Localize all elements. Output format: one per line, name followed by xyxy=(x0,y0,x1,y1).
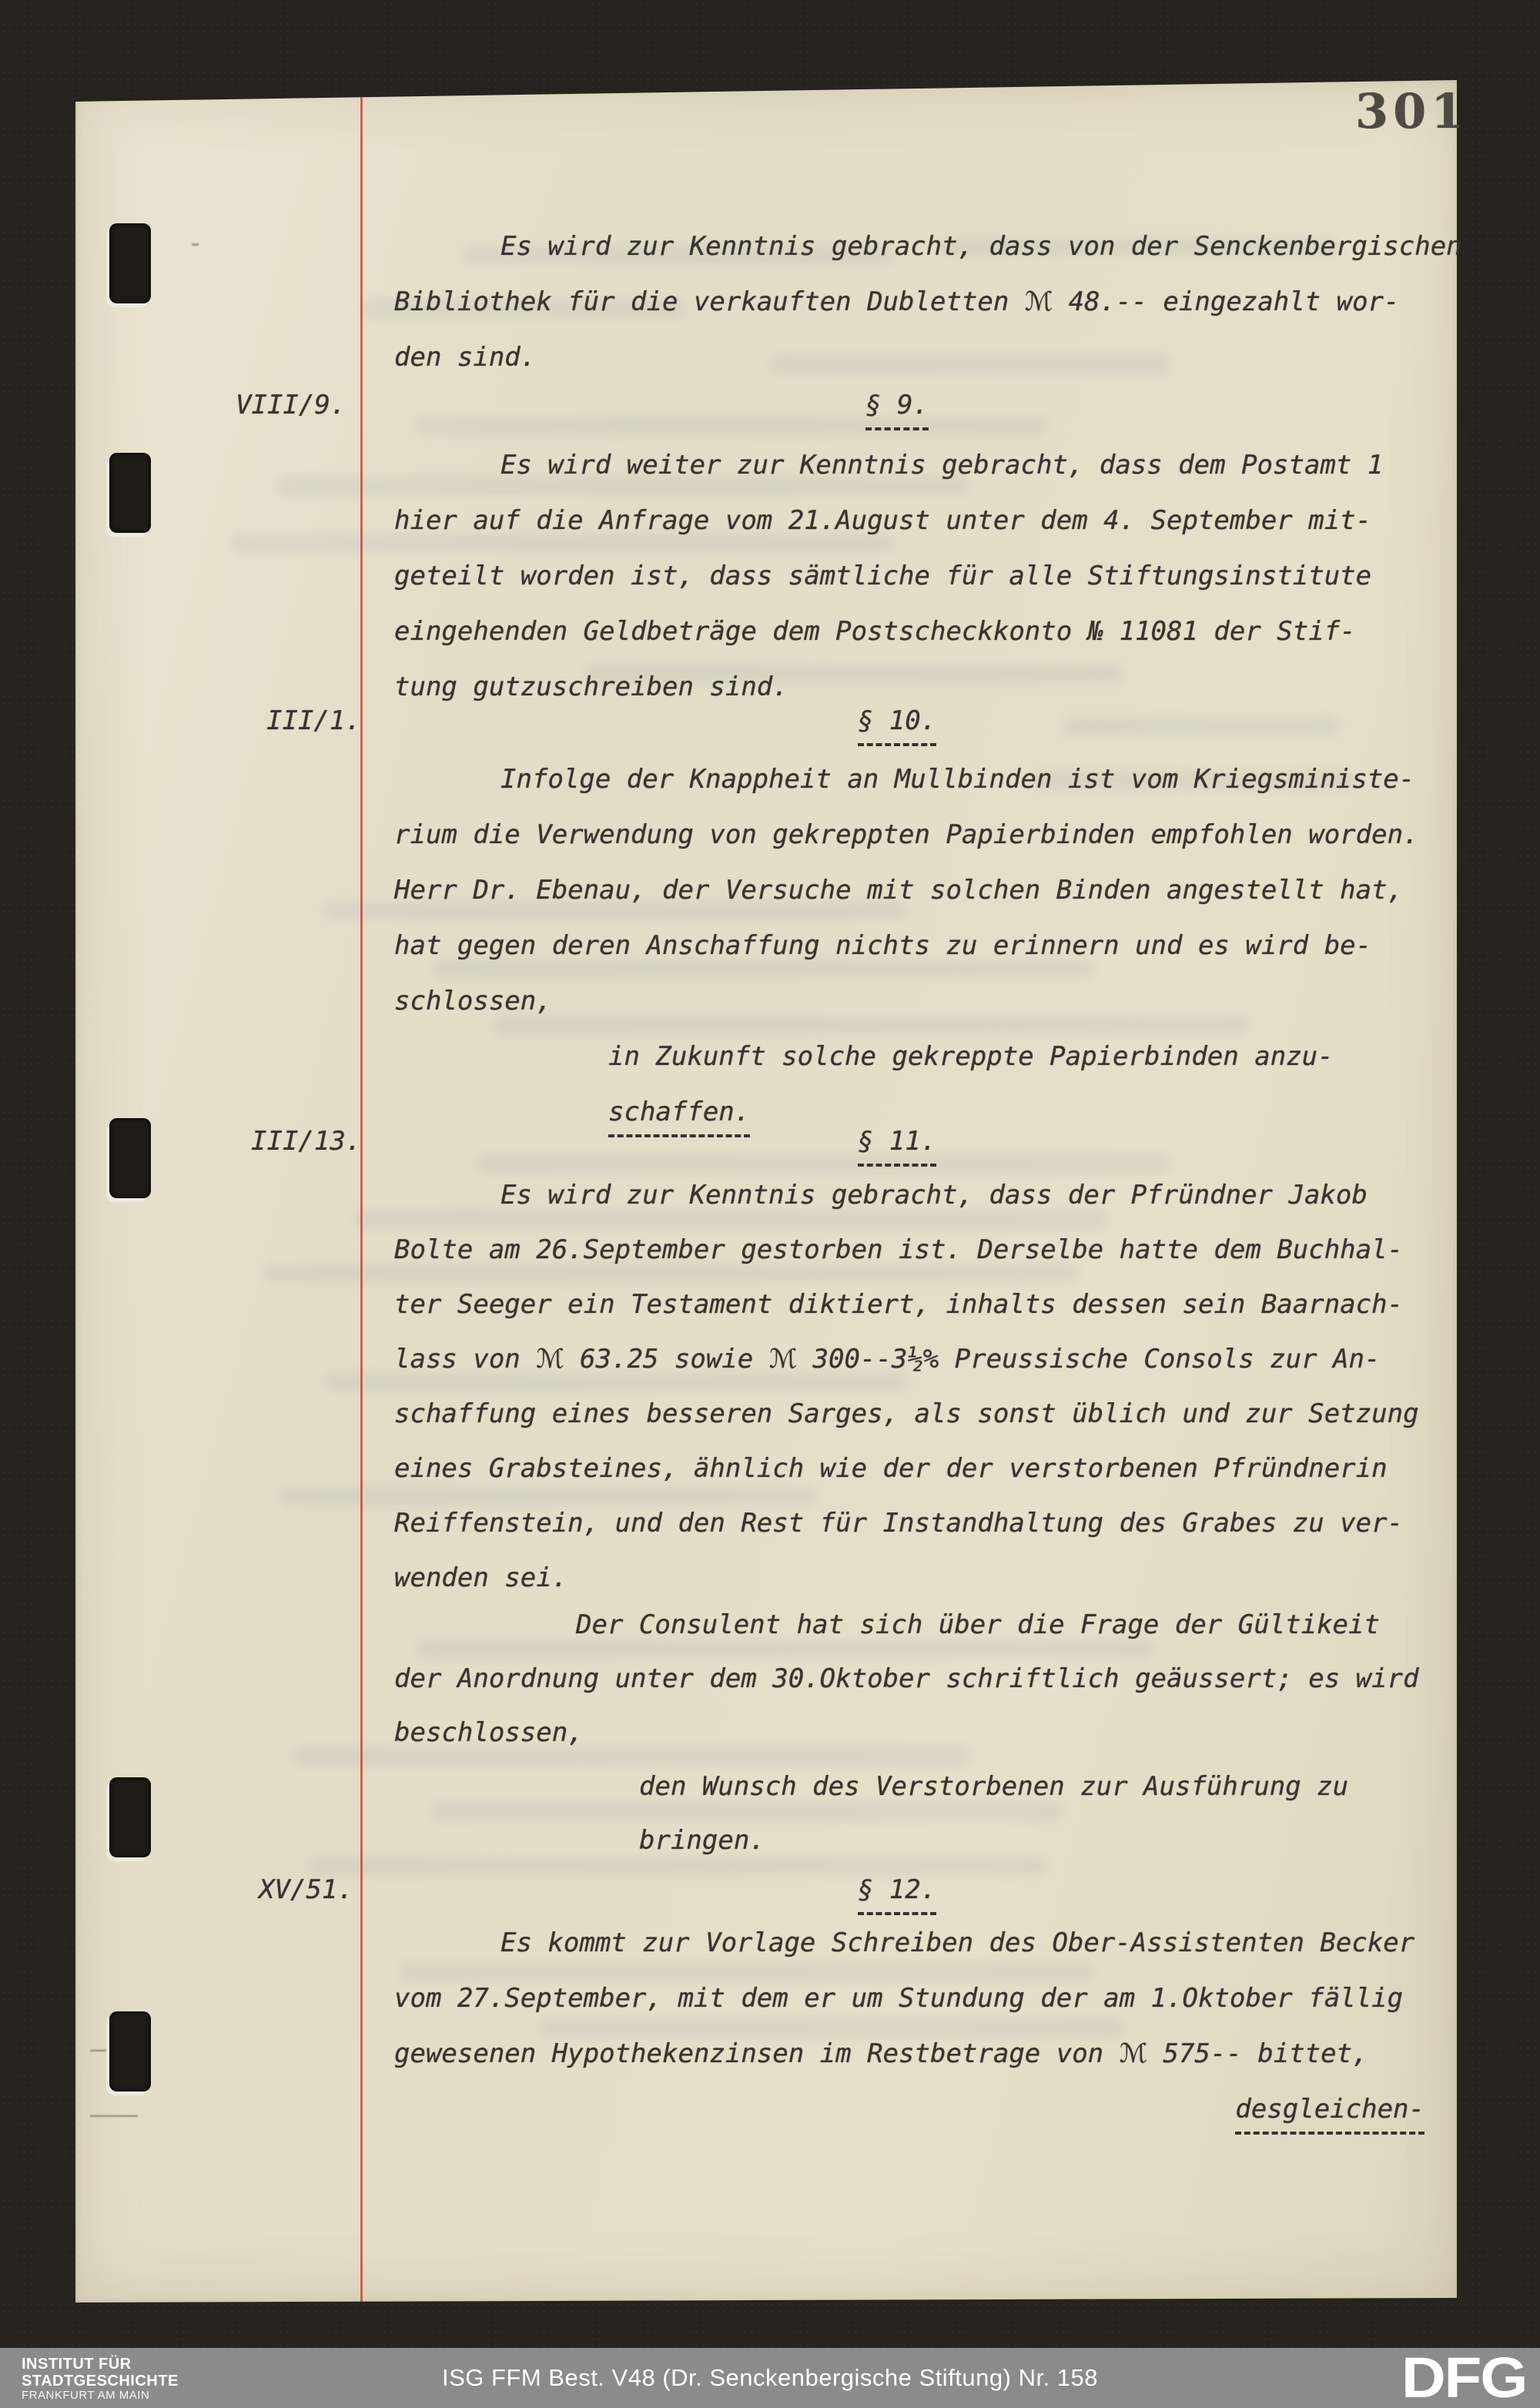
section-heading: § 11. xyxy=(394,1126,1400,1157)
typewritten-line: eines Grabsteines, ähnlich wie der der v… xyxy=(394,1453,1388,1484)
typewritten-line: Herr Dr. Ebenau, der Versuche mit solche… xyxy=(394,875,1403,906)
typescript-layer: -Es wird zur Kenntnis gebracht, dass von… xyxy=(0,0,1540,2408)
typewritten-line: eingehenden Geldbeträge dem Postscheckko… xyxy=(394,616,1356,647)
typewritten-line: bringen. xyxy=(639,1825,765,1856)
typewritten-line: schaffen. xyxy=(608,1097,750,1127)
archive-reference: ISG FFM Best. V48 (Dr. Senckenbergische … xyxy=(0,2364,1540,2392)
section-heading: § 10. xyxy=(394,705,1400,736)
typewritten-line: in Zukunft solche gekreppte Papierbinden… xyxy=(608,1041,1334,1072)
scanned-archive-page: { "stamp": { "page_number": "301" }, "ty… xyxy=(0,0,1540,2408)
footer-bar: INSTITUT FÜR STADTGESCHICHTE FRANKFURT A… xyxy=(0,2348,1540,2408)
typewritten-line: Infolge der Knappheit an Mullbinden ist … xyxy=(500,764,1414,795)
typewritten-line: Es wird weiter zur Kenntnis gebracht, da… xyxy=(500,450,1383,481)
faint-mark: ——— xyxy=(91,2099,138,2130)
typewritten-line: wenden sei. xyxy=(394,1562,567,1593)
margin-label: VIII/9. xyxy=(236,390,346,420)
typewritten-line: Es wird zur Kenntnis gebracht, dass von … xyxy=(500,231,1462,262)
typewritten-line: Reiffenstein, und den Rest für Instandha… xyxy=(394,1508,1403,1539)
typewritten-line: vom 27.September, mit dem er um Stundung… xyxy=(394,1983,1403,2014)
typewritten-line: Es kommt zur Vorlage Schreiben des Ober-… xyxy=(500,1927,1414,1958)
typewritten-line: Bolte am 26.September gestorben ist. Der… xyxy=(394,1234,1403,1265)
margin-label: III/13. xyxy=(251,1126,361,1157)
faint-mark: - xyxy=(188,228,203,259)
typewritten-line: Es wird zur Kenntnis gebracht, dass der … xyxy=(500,1180,1368,1211)
typewritten-line: schaffung eines besseren Sarges, als son… xyxy=(394,1398,1419,1429)
margin-label: III/1. xyxy=(266,705,361,736)
typewritten-line: hat gegen deren Anschaffung nichts zu er… xyxy=(394,930,1371,961)
typewritten-line: beschlossen, xyxy=(394,1717,584,1748)
typewritten-line: den Wunsch des Verstorbenen zur Ausführu… xyxy=(639,1771,1348,1802)
typewritten-line: den sind. xyxy=(394,342,536,373)
section-heading: § 12. xyxy=(394,1874,1400,1905)
typewritten-line: tung gutzuschreiben sind. xyxy=(394,671,788,702)
typewritten-line: Der Consulent hat sich über die Frage de… xyxy=(576,1609,1380,1640)
typewritten-line: ter Seeger ein Testament diktiert, inhal… xyxy=(394,1289,1403,1320)
typewritten-line: der Anordnung unter dem 30.Oktober schri… xyxy=(394,1663,1419,1694)
typewritten-line: desgleichen- xyxy=(394,2094,1424,2125)
section-heading: § 9. xyxy=(394,390,1400,420)
margin-label: XV/51. xyxy=(259,1874,353,1905)
dfg-logo: DFG xyxy=(1401,2345,1526,2408)
typewritten-line: Bibliothek für die verkauften Dubletten … xyxy=(394,286,1399,317)
faint-mark: — xyxy=(91,2034,106,2065)
typewritten-line: gewesenen Hypothekenzinsen im Restbetrag… xyxy=(394,2038,1368,2069)
typewritten-line: schlossen, xyxy=(394,986,552,1016)
typewritten-line: rium die Verwendung von gekreppten Papie… xyxy=(394,819,1419,850)
typewritten-line: geteilt worden ist, dass sämtliche für a… xyxy=(394,561,1371,591)
typewritten-line: hier auf die Anfrage vom 21.August unter… xyxy=(394,505,1371,536)
typewritten-line: lass von ℳ 63.25 sowie ℳ 300--3½% Preuss… xyxy=(394,1344,1380,1375)
